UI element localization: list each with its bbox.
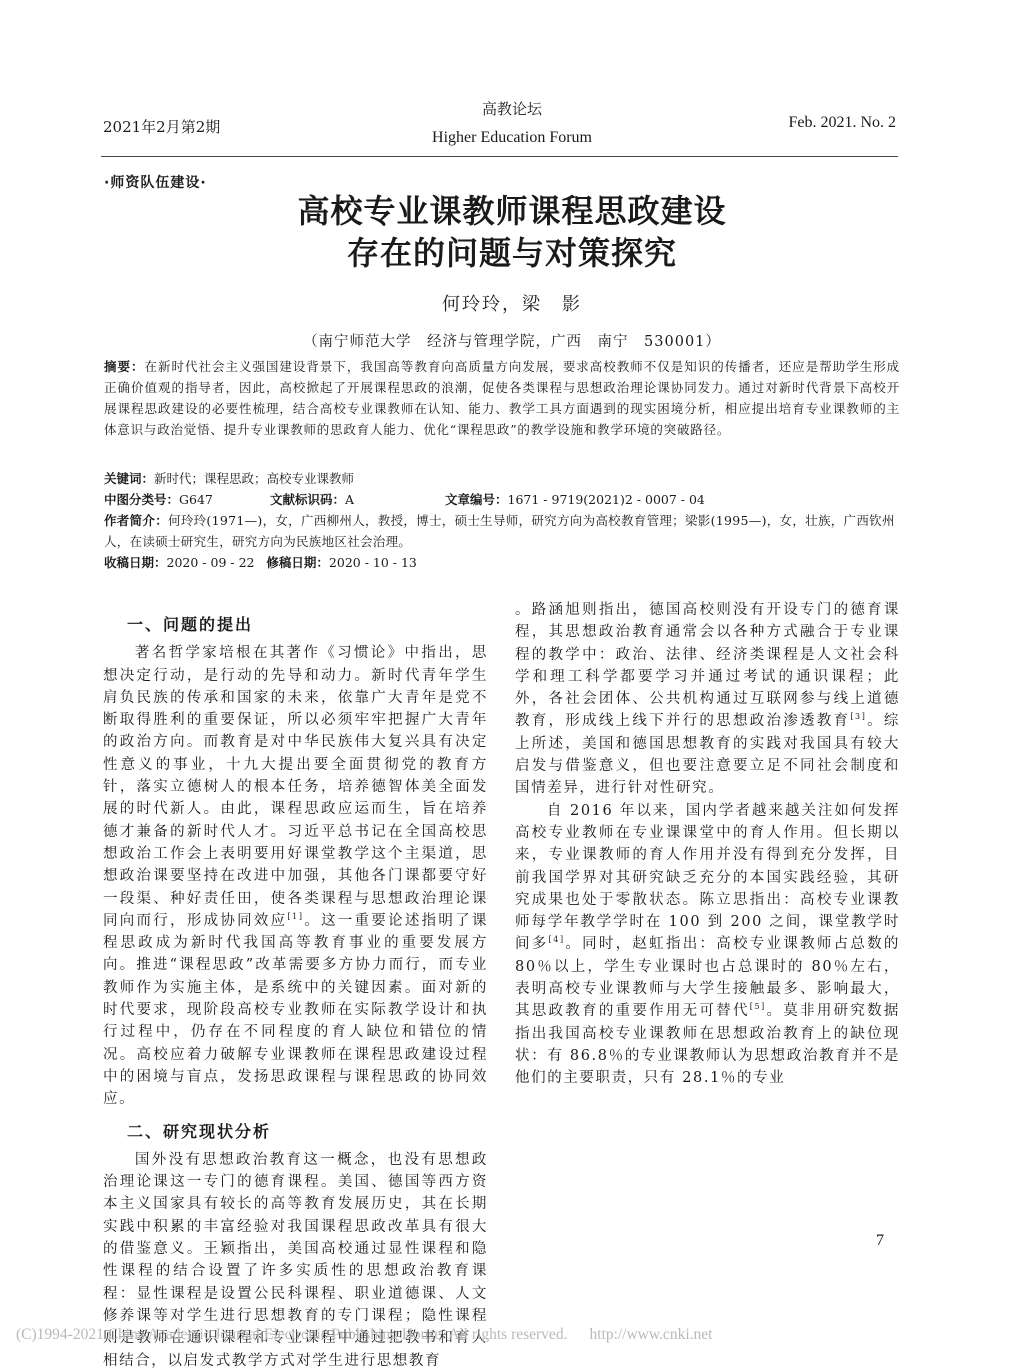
page-number: 7: [876, 1232, 884, 1250]
article-number-label: 文章编号：: [445, 492, 508, 507]
citation-ref: [3]: [850, 713, 866, 722]
clc-value: G647: [179, 492, 213, 507]
paragraph: 著名哲学家培根在其著作《习惯论》中指出，思想决定行动，是行动的先导和动力。新时代…: [103, 642, 488, 1110]
doc-code-value: A: [345, 492, 354, 507]
doc-code-group: 文献标识码：A: [270, 489, 445, 510]
paragraph-text: 。路涵旭则指出，德国高校则没有开设专门的德育课程，其思想政治教育通常会以各种方式…: [515, 602, 900, 729]
classification-line: 中图分类号：G647文献标识码：A文章编号：1671 - 9719(2021)2…: [104, 489, 900, 510]
paragraph-continued: 。路涵旭则指出，德国高校则没有开设专门的德育课程，其思想政治教育通常会以各种方式…: [515, 599, 900, 800]
body-column-left: 一、问题的提出 著名哲学家培根在其著作《习惯论》中指出，思想决定行动，是行动的先…: [103, 606, 488, 1371]
dates: 收稿日期：2020 - 09 - 22 修稿日期：2020 - 10 - 13: [104, 552, 900, 573]
author-bio-text: 何玲玲(1971—)，女，广西柳州人，教授，博士，硕士生导师，研究方向为高校教育…: [104, 513, 895, 549]
affiliation: （南宁师范大学 经济与管理学院，广西 南宁 530001）: [0, 330, 1024, 351]
footer-url[interactable]: http://www.cnki.net: [589, 1326, 712, 1343]
citation-ref: [1]: [287, 912, 303, 921]
keywords-label: 关键词：: [104, 471, 154, 486]
citation-ref: [5]: [750, 1003, 766, 1012]
abstract-text: 在新时代社会主义强国建设背景下，我国高等教育向高质量方向发展，要求高校教师不仅是…: [104, 359, 900, 437]
received-label: 收稿日期：: [104, 555, 167, 570]
body-column-right: 。路涵旭则指出，德国高校则没有开设专门的德育课程，其思想政治教育通常会以各种方式…: [515, 599, 900, 1090]
issue-date-en: Feb. 2021. No. 2: [788, 114, 896, 132]
article-title-line-2: 存在的问题与对策探究: [0, 232, 1024, 274]
copyright-text: (C)1994-2021 China Academic Journal Elec…: [16, 1326, 567, 1343]
header-divider: [101, 156, 898, 157]
author-bio-label: 作者简介：: [104, 513, 168, 528]
article-title-line-1: 高校专业课教师课程思政建设: [0, 190, 1024, 232]
abstract: 摘要：在新时代社会主义强国建设背景下，我国高等教育向高质量方向发展，要求高校教师…: [104, 356, 900, 440]
keywords-text: 新时代；课程思政；高校专业课教师: [154, 471, 354, 486]
section-tag: ·师资队伍建设·: [104, 172, 207, 192]
abstract-label: 摘要：: [104, 359, 144, 374]
author-bio: 作者简介：何玲玲(1971—)，女，广西柳州人，教授，博士，硕士生导师，研究方向…: [104, 510, 900, 552]
received-value: 2020 - 09 - 22: [167, 555, 255, 570]
copyright-footer: (C)1994-2021 China Academic Journal Elec…: [16, 1326, 712, 1344]
revised-value: 2020 - 10 - 13: [329, 555, 417, 570]
article-number-group: 文章编号：1671 - 9719(2021)2 - 0007 - 04: [445, 489, 705, 510]
clc-label: 中图分类号：: [104, 492, 179, 507]
authors: 何玲玲，梁 影: [0, 290, 1024, 316]
clc-group: 中图分类号：G647: [104, 489, 270, 510]
revised-label: 修稿日期：: [266, 555, 329, 570]
citation-ref: [4]: [549, 936, 565, 945]
doc-code-label: 文献标识码：: [270, 492, 345, 507]
article-title: 高校专业课教师课程思政建设 存在的问题与对策探究: [0, 190, 1024, 274]
paragraph-text: 著名哲学家培根在其著作《习惯论》中指出，思想决定行动，是行动的先导和动力。新时代…: [103, 645, 488, 929]
journal-name-cn: 高教论坛: [482, 100, 542, 118]
article-number-value: 1671 - 9719(2021)2 - 0007 - 04: [508, 492, 705, 507]
paragraph: 自 2016 年以来，国内学者越来越关注如何发挥高校专业教师在专业课课堂中的育人…: [515, 800, 900, 1090]
paragraph-text: 自 2016 年以来，国内学者越来越关注如何发挥高校专业教师在专业课课堂中的育人…: [515, 803, 900, 953]
paragraph-text: 。这一重要论述指明了课程思政成为新时代我国高等教育事业的重要发展方向。推进“课程…: [103, 913, 488, 1107]
section-heading-1: 一、问题的提出: [103, 614, 488, 636]
keywords: 关键词：新时代；课程思政；高校专业课教师: [104, 468, 900, 489]
section-heading-2: 二、研究现状分析: [103, 1121, 488, 1143]
